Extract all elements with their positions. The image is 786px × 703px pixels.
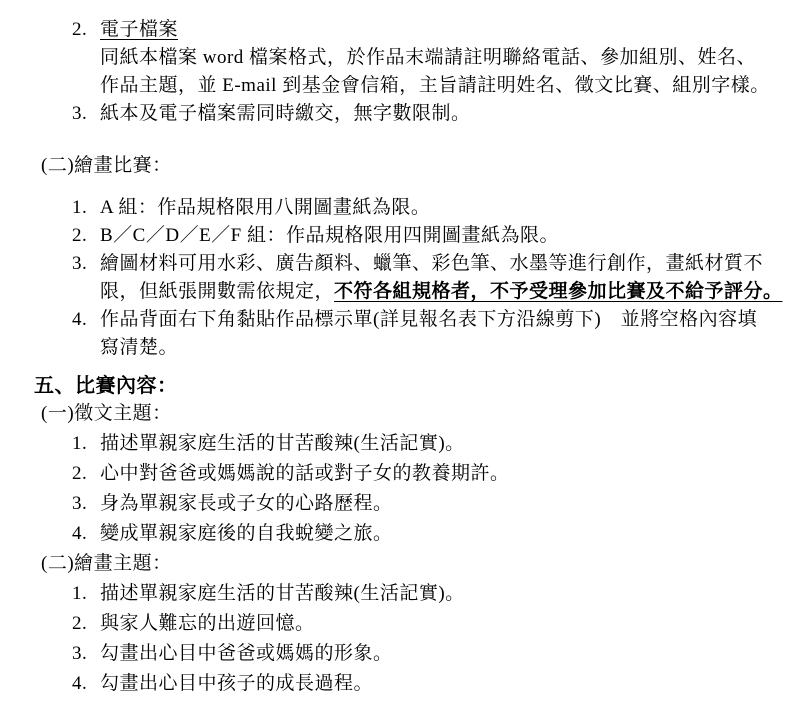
file-rules-item-electronic: 2. 電子檔案: [0, 16, 786, 44]
painting-theme-heading: (二)繪畫主題：: [0, 550, 786, 578]
sub-heading-text: (一)徵文主題：: [41, 400, 172, 428]
item-text: 變成單親家庭後的自我蛻變之旅。: [100, 520, 393, 548]
item-number: 3.: [72, 640, 100, 668]
electronic-file-body-line-2: 作品主題，並 E-mail 到基金會信箱，主旨請註明姓名、徵文比賽、組別字樣。: [0, 72, 786, 100]
item-number: 2.: [72, 460, 100, 488]
body-text: 同紙本檔案 word 檔案格式，於作品末端請註明聯絡電話、參加組別、姓名、: [100, 44, 756, 72]
painting-contest-heading: (二)繪畫比賽：: [0, 152, 786, 180]
main-heading-text: 五、比賽內容：: [34, 372, 178, 400]
rule-emphasis-text: 不符各組規格者，不予受理參加比賽及不給予評分。: [334, 278, 783, 306]
item-text: 寫清楚。: [100, 334, 178, 362]
item-text: 描述單親家庭生活的甘苦酸辣(生活記實)。: [100, 430, 465, 458]
item-number: 3.: [72, 250, 100, 278]
item-number: 2.: [72, 610, 100, 638]
document-page: 2. 電子檔案 同紙本檔案 word 檔案格式，於作品末端請註明聯絡電話、參加組…: [0, 0, 786, 703]
painting-theme-item-4: 4. 勾畫出心目中孩子的成長過程。: [0, 670, 786, 698]
painting-contest-item-4: 4. 作品背面右下角黏貼作品標示單(詳見報名表下方沿線剪下) 並將空格內容填: [0, 306, 786, 334]
painting-contest-item-3: 3. 繪圖材料可用水彩、廣告顏料、蠟筆、彩色筆、水墨等進行創作，畫紙材質不: [0, 250, 786, 278]
item-number: 1.: [72, 580, 100, 608]
item-text: 紙本及電子檔案需同時繳交，無字數限制。: [100, 100, 471, 128]
item-text: 勾畫出心目中孩子的成長過程。: [100, 670, 373, 698]
painting-contest-item-1: 1. A 組：作品規格限用八開圖畫紙為限。: [0, 194, 786, 222]
sub-heading-text: (二)繪畫主題：: [41, 550, 172, 578]
item-number: 1.: [72, 194, 100, 222]
item-number: 3.: [72, 100, 100, 128]
item-text: 限，但紙張開數需依規定，: [100, 278, 334, 306]
section5-heading: 五、比賽內容：: [0, 372, 786, 400]
body-text: 作品主題，並 E-mail 到基金會信箱，主旨請註明姓名、徵文比賽、組別字樣。: [100, 72, 770, 100]
essay-theme-item-1: 1. 描述單親家庭生活的甘苦酸辣(生活記實)。: [0, 430, 786, 458]
item-number: 4.: [72, 520, 100, 548]
essay-theme-heading: (一)徵文主題：: [0, 400, 786, 428]
painting-contest-item-2: 2. B／C／D／E／F 組：作品規格限用四開圖畫紙為限。: [0, 222, 786, 250]
essay-theme-item-3: 3. 身為單親家長或子女的心路歷程。: [0, 490, 786, 518]
item-text: 勾畫出心目中爸爸或媽媽的形象。: [100, 640, 393, 668]
item-text: 作品背面右下角黏貼作品標示單(詳見報名表下方沿線剪下) 並將空格內容填: [100, 306, 757, 334]
item-text: 描述單親家庭生活的甘苦酸辣(生活記實)。: [100, 580, 465, 608]
item-number: 1.: [72, 430, 100, 458]
item-number: 3.: [72, 490, 100, 518]
item-number: 2.: [72, 222, 100, 250]
item-text: 繪圖材料可用水彩、廣告顏料、蠟筆、彩色筆、水墨等進行創作，畫紙材質不: [100, 250, 763, 278]
item-text: 身為單親家長或子女的心路歷程。: [100, 490, 393, 518]
item-text: 與家人難忘的出遊回憶。: [100, 610, 315, 638]
painting-contest-item-4-continuation: 寫清楚。: [0, 334, 786, 362]
painting-theme-item-1: 1. 描述單親家庭生活的甘苦酸辣(生活記實)。: [0, 580, 786, 608]
electronic-file-title: 電子檔案: [100, 16, 178, 44]
painting-contest-item-3-continuation: 限，但紙張開數需依規定，不符各組規格者，不予受理參加比賽及不給予評分。: [0, 278, 786, 306]
item-text: 心中對爸爸或媽媽說的話或對子女的教養期許。: [100, 460, 510, 488]
electronic-file-body-line-1: 同紙本檔案 word 檔案格式，於作品末端請註明聯絡電話、參加組別、姓名、: [0, 44, 786, 72]
painting-theme-item-3: 3. 勾畫出心目中爸爸或媽媽的形象。: [0, 640, 786, 668]
item-number: 2.: [72, 16, 100, 44]
item-number: 4.: [72, 670, 100, 698]
essay-theme-item-4: 4. 變成單親家庭後的自我蛻變之旅。: [0, 520, 786, 548]
item-text: B／C／D／E／F 組：作品規格限用四開圖畫紙為限。: [100, 222, 559, 250]
item-text: A 組：作品規格限用八開圖畫紙為限。: [100, 194, 430, 222]
item-number: 4.: [72, 306, 100, 334]
sub-heading-text: (二)繪畫比賽：: [41, 152, 172, 180]
file-rules-item-submission: 3. 紙本及電子檔案需同時繳交，無字數限制。: [0, 100, 786, 128]
painting-theme-item-2: 2. 與家人難忘的出遊回憶。: [0, 610, 786, 638]
essay-theme-item-2: 2. 心中對爸爸或媽媽說的話或對子女的教養期許。: [0, 460, 786, 488]
